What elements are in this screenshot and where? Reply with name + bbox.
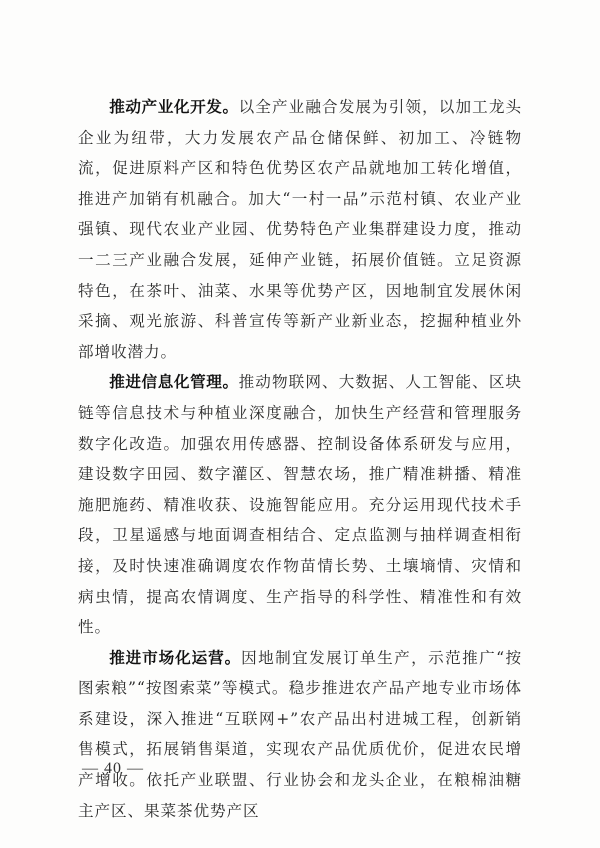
document-page: 推动产业化开发。以全产业融合发展为引领，以加工龙头企业为纽带，大力发展农产品仓储…: [0, 0, 600, 848]
paragraph-informatization: 推进信息化管理。推动物联网、大数据、人工智能、区块链等信息技术与种植业深度融合，…: [78, 367, 522, 642]
page-number: — 40 —: [82, 760, 144, 778]
body-text: 推动产业化开发。以全产业融合发展为引领，以加工龙头企业为纽带，大力发展农产品仓储…: [78, 92, 522, 826]
paragraph-body: 推动物联网、大数据、人工智能、区块链等信息技术与种植业深度融合，加快生产经营和管…: [78, 373, 522, 636]
paragraph-body: 因地制宜发展订单生产，示范推广“按图索粮”“按图索菜”等模式。稳步推进农产品产地…: [78, 649, 522, 820]
paragraph-lead: 推进市场化运营。: [109, 648, 241, 667]
paragraph-lead: 推动产业化开发。: [109, 97, 238, 116]
paragraph-lead: 推进信息化管理。: [109, 372, 238, 391]
paragraph-industrialization: 推动产业化开发。以全产业融合发展为引领，以加工龙头企业为纽带，大力发展农产品仓储…: [78, 92, 522, 367]
paragraph-marketization: 推进市场化运营。因地制宜发展订单生产，示范推广“按图索粮”“按图索菜”等模式。稳…: [78, 643, 522, 827]
paragraph-body: 以全产业融合发展为引领，以加工龙头企业为纽带，大力发展农产品仓储保鲜、初加工、冷…: [78, 98, 522, 361]
